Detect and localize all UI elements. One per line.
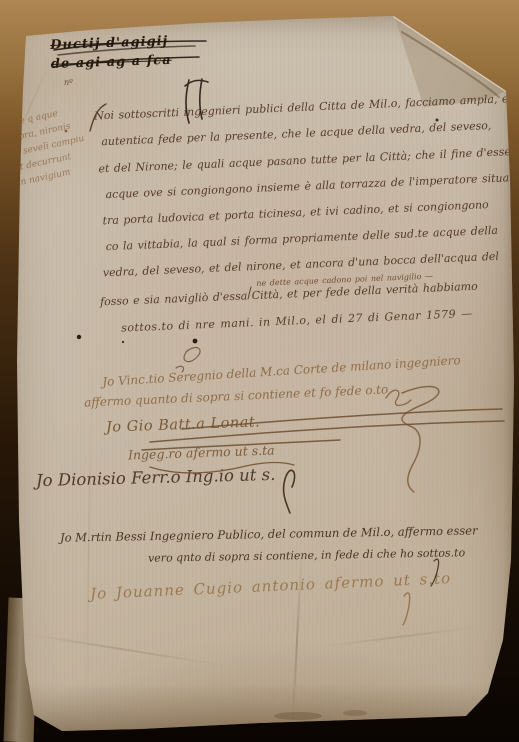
signature-seregni-line-1: Jo Vinc.tio Seregnio della M.ca Corte de… <box>102 353 461 389</box>
margin-note-line-3: et seveli campiu <box>10 128 106 162</box>
manuscript-photo: { "colors": { "paper": "#c8bcaa", "ink_d… <box>0 0 519 742</box>
folded-corner <box>0 0 519 742</box>
body-text-block: Noi sottoscritti ingegnieri publici dell… <box>84 92 519 350</box>
filing-mark: nº <box>64 78 73 87</box>
signature-cusio: Jo Jouanne Cugio antonio afermo ut s.to <box>90 569 452 603</box>
paper-crease <box>292 556 303 726</box>
body-line-3: et del Nirone; le quali acque pasano tut… <box>98 145 511 175</box>
body-line-9-dateline: sottos.to di nre mani. in Mil.o, el di 2… <box>121 307 473 335</box>
archival-note-line-1: Ductij d'agigij <box>50 34 171 53</box>
margin-note-line-2: vepra, nironis <box>7 113 103 147</box>
margin-note-line-1: fede q aque <box>4 98 100 132</box>
paper-crease <box>318 626 477 647</box>
signature-ferrario: Jo Dionisio Ferr.o Ing.io ut s. <box>36 465 276 490</box>
margin-note: fede q aque vepra, nironis et seveli cam… <box>4 98 113 191</box>
signature-lonate-line-2: Ingeg.ro afermo ut s.ta <box>128 442 275 462</box>
paper-crease <box>12 63 50 146</box>
body-line-5: tra porta ludovica et porta ticinesa, et… <box>102 198 489 227</box>
archival-note-struck: Ductij d'agigij de agi ag a fca <box>50 34 172 76</box>
body-line-8: fosso e sia navigliò d'essa Città, et pe… <box>100 280 478 309</box>
paper-crease <box>17 632 225 667</box>
body-line-4: acque ove si congiongono insieme è alla … <box>105 171 519 202</box>
margin-note-line-4: et decurrunt <box>13 142 109 176</box>
signature-lonate-name: Jo Gio Batt.a Lonat. <box>106 414 261 435</box>
paper-crease <box>85 360 93 720</box>
archival-note-line-2: de agi ag a fca <box>51 53 172 72</box>
margin-note-line-5: in navigium <box>16 157 112 191</box>
body-line-7: vedra, del seveso, et del nirone, et anc… <box>103 250 500 280</box>
interline-insertion: ne dette acque cadono poi nel navigilio … <box>256 272 433 288</box>
signature-seregni-line-2: affermo quanto di sopra si contiene et f… <box>84 382 389 409</box>
body-line-1: Noi sottoscritti ingegnieri publici dell… <box>94 92 513 123</box>
manuscript-page: Ductij d'agigij de agi ag a fca nº fede … <box>0 0 519 742</box>
signature-bessi-line-2: vero qnto di sopra si contiene, in fede … <box>148 546 465 565</box>
body-line-6: co la vittabia, la qual si forma propria… <box>105 224 498 253</box>
body-line-2: autentica fede per la presente, che le a… <box>101 119 492 148</box>
signature-bessi-line-1: Jo M.rtin Bessi Ingegniero Publico, del … <box>60 523 478 544</box>
